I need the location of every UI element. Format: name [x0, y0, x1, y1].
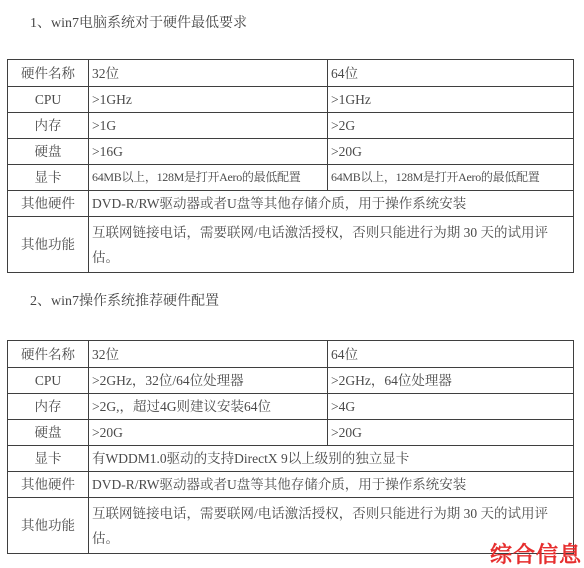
recommended-config-table: 硬件名称 32位 64位 CPU >2GHz，32位/64位处理器 >2GHz，…: [7, 340, 574, 554]
header-64bit: 64位: [328, 60, 574, 87]
row-label: 其他功能: [8, 498, 89, 554]
row-memory: 内存 >1G >2G: [8, 113, 574, 139]
section2-title: 2、win7操作系统推荐硬件配置: [30, 290, 219, 310]
cell-64bit: >20G: [328, 139, 574, 165]
table-header-row: 硬件名称 32位 64位: [8, 60, 574, 87]
row-label: 硬盘: [8, 139, 89, 165]
row-other-features: 其他功能 互联网链接电话，需要联网/电话激活授权，否则只能进行为期 30 天的试…: [8, 217, 574, 273]
cell-64bit: >20G: [328, 420, 574, 446]
row-label: 内存: [8, 394, 89, 420]
row-graphics: 显卡 64MB以上，128M是打开Aero的最低配置 64MB以上，128M是打…: [8, 165, 574, 191]
header-32bit: 32位: [89, 341, 328, 368]
header-32bit: 32位: [89, 60, 328, 87]
cell-32bit: >16G: [89, 139, 328, 165]
cell-span: DVD-R/RW驱动器或者U盘等其他存储介质，用于操作系统安装: [89, 472, 574, 498]
row-label: 内存: [8, 113, 89, 139]
section1-title: 1、win7电脑系统对于硬件最低要求: [30, 12, 247, 32]
row-label: CPU: [8, 87, 89, 113]
cell-32bit: >2G,，超过4G则建议安装64位: [89, 394, 328, 420]
cell-32bit: >20G: [89, 420, 328, 446]
header-hardware-name: 硬件名称: [8, 60, 89, 87]
cell-32bit: >2GHz，32位/64位处理器: [89, 368, 328, 394]
row-memory: 内存 >2G,，超过4G则建议安装64位 >4G: [8, 394, 574, 420]
row-label: 其他功能: [8, 217, 89, 273]
cell-span: 有WDDM1.0驱动的支持DirectX 9以上级别的独立显卡: [89, 446, 574, 472]
cell-32bit: >1G: [89, 113, 328, 139]
header-hardware-name: 硬件名称: [8, 341, 89, 368]
cell-64bit: 64MB以上，128M是打开Aero的最低配置: [328, 165, 574, 191]
row-disk: 硬盘 >20G >20G: [8, 420, 574, 446]
header-64bit: 64位: [328, 341, 574, 368]
row-graphics: 显卡 有WDDM1.0驱动的支持DirectX 9以上级别的独立显卡: [8, 446, 574, 472]
cell-span: DVD-R/RW驱动器或者U盘等其他存储介质，用于操作系统安装: [89, 191, 574, 217]
table-header-row: 硬件名称 32位 64位: [8, 341, 574, 368]
row-cpu: CPU >2GHz，32位/64位处理器 >2GHz，64位处理器: [8, 368, 574, 394]
row-other-hardware: 其他硬件 DVD-R/RW驱动器或者U盘等其他存储介质，用于操作系统安装: [8, 191, 574, 217]
row-disk: 硬盘 >16G >20G: [8, 139, 574, 165]
row-other-hardware: 其他硬件 DVD-R/RW驱动器或者U盘等其他存储介质，用于操作系统安装: [8, 472, 574, 498]
row-cpu: CPU >1GHz >1GHz: [8, 87, 574, 113]
cell-span: 互联网链接电话，需要联网/电话激活授权，否则只能进行为期 30 天的试用评估。: [89, 217, 574, 273]
row-label: 硬盘: [8, 420, 89, 446]
cell-64bit: >4G: [328, 394, 574, 420]
cell-64bit: >1GHz: [328, 87, 574, 113]
cell-32bit: >1GHz: [89, 87, 328, 113]
row-label: CPU: [8, 368, 89, 394]
cell-64bit: >2GHz，64位处理器: [328, 368, 574, 394]
row-other-features: 其他功能 互联网链接电话，需要联网/电话激活授权，否则只能进行为期 30 天的试…: [8, 498, 574, 554]
cell-64bit: >2G: [328, 113, 574, 139]
row-label: 显卡: [8, 165, 89, 191]
document-page: 1、win7电脑系统对于硬件最低要求 硬件名称 32位 64位 CPU >1GH…: [0, 0, 584, 568]
cell-32bit: 64MB以上，128M是打开Aero的最低配置: [89, 165, 328, 191]
min-requirements-table: 硬件名称 32位 64位 CPU >1GHz >1GHz 内存 >1G >2G …: [7, 59, 574, 273]
watermark-label: 综合信息: [490, 538, 582, 568]
row-label: 其他硬件: [8, 472, 89, 498]
row-label: 其他硬件: [8, 191, 89, 217]
row-label: 显卡: [8, 446, 89, 472]
